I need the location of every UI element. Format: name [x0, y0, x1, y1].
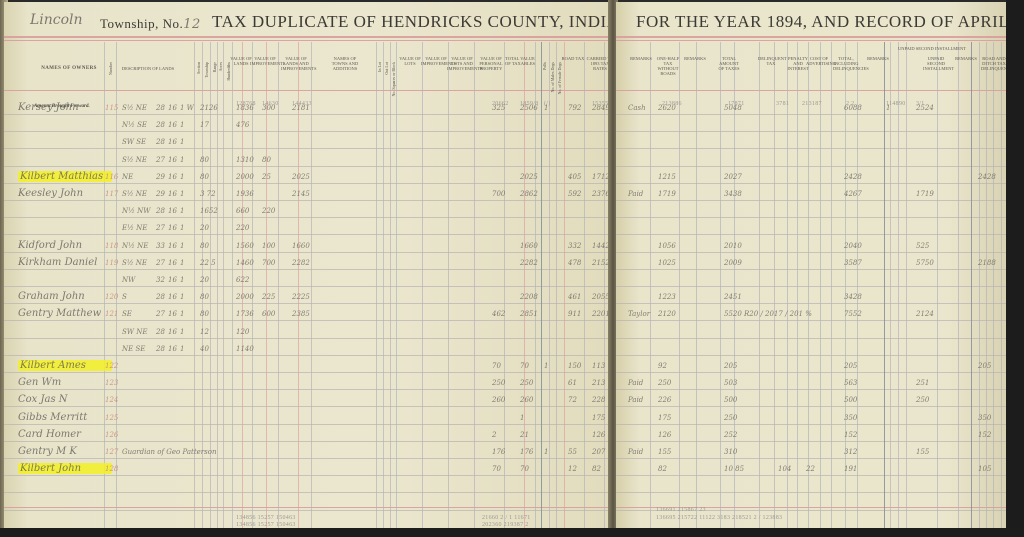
- total-taxables: 2208: [520, 293, 538, 301]
- column-rule: [890, 42, 891, 530]
- column-rule: [884, 42, 885, 530]
- township: 16: [168, 121, 177, 129]
- parcel-number: 115: [105, 104, 118, 112]
- column-rule: [252, 42, 253, 530]
- parcel-number: 127: [105, 448, 118, 456]
- column-header: Remarks: [628, 56, 654, 61]
- column-rule: [390, 42, 391, 530]
- personal-property: 250: [492, 379, 505, 387]
- column-rule: [474, 42, 475, 530]
- road-tax: 911: [568, 310, 581, 318]
- row-rule: [616, 234, 1006, 235]
- total-taxables: 70: [520, 465, 529, 473]
- one-half-tax: 250: [658, 379, 671, 387]
- land-description: S½ NE: [122, 156, 147, 164]
- parcel-number: 125: [105, 414, 118, 422]
- value-of-improvements: 225: [262, 293, 275, 301]
- column-rule: [524, 42, 525, 530]
- column-header: Unpaid Second Installment: [892, 46, 972, 51]
- column-header: Remarks: [953, 56, 979, 61]
- total-amount-of-taxes: 10 85: [724, 465, 744, 473]
- section: 28: [156, 293, 165, 301]
- section: 33: [156, 242, 165, 250]
- land-description: SE: [122, 310, 132, 318]
- column-rule: [937, 42, 938, 530]
- road-ditch-tax: 152: [978, 431, 991, 439]
- column-rule: [584, 42, 585, 530]
- ledger-book: Lincoln Township, No.12 TAX DUPLICATE OF…: [0, 0, 1024, 537]
- column-rule: [787, 42, 788, 530]
- range: 1: [180, 276, 184, 284]
- township: 16: [168, 190, 177, 198]
- section: 29: [156, 190, 165, 198]
- brought-forward-value: 114890: [886, 101, 906, 107]
- land-description: NE: [122, 173, 133, 181]
- unpaid-second-installment: 525: [916, 242, 929, 250]
- township: 16: [168, 242, 177, 250]
- column-header: Carried to 1893 Tax Rates: [585, 56, 610, 71]
- total-including-delinquencies: 205: [844, 362, 857, 370]
- land-description: S: [122, 293, 127, 301]
- row-rule: [4, 320, 610, 321]
- book-edge-bottom: [0, 528, 1024, 537]
- range: 1: [180, 293, 184, 301]
- unpaid-second-installment: 251: [916, 379, 929, 387]
- unpaid-second-installment: 155: [916, 448, 929, 456]
- vertical-column-header: Number: [108, 62, 113, 75]
- value-lands-and-improvements: 2145: [292, 190, 310, 198]
- owner-name: Gentry M K: [18, 446, 108, 457]
- column-rule: [556, 42, 557, 530]
- acres: 40: [200, 345, 209, 353]
- row-rule: [616, 458, 1006, 459]
- parcel-number: 122: [105, 362, 118, 370]
- total-taxables: 2025: [520, 173, 538, 181]
- brought-forward-value: 213187: [802, 101, 822, 107]
- acres: 17: [200, 121, 209, 129]
- row-rule: [4, 183, 610, 184]
- brought-forward-value: 2 2: [846, 101, 854, 107]
- range: 1: [180, 345, 184, 353]
- township-label: Township, No.12: [100, 16, 201, 32]
- vertical-column-header: Hundredths: [226, 62, 231, 81]
- total-amount-of-taxes: 310: [724, 448, 737, 456]
- row-rule: [616, 252, 1006, 253]
- value-of-improvements: 700: [262, 259, 275, 267]
- total-amount-of-taxes: 3438: [724, 190, 742, 198]
- header-rule: [616, 36, 1006, 38]
- column-header: One-half Tax without Roads: [655, 56, 681, 76]
- column-rule: [971, 42, 972, 530]
- one-half-tax: 92: [658, 362, 667, 370]
- column-rule: [278, 42, 279, 530]
- total-including-delinquencies: 2040: [844, 242, 862, 250]
- parcel-number: 124: [105, 396, 118, 404]
- road-tax: 12: [568, 465, 577, 473]
- section: 28: [156, 104, 165, 112]
- one-half-tax: 82: [658, 465, 667, 473]
- land-description: S½ NE: [122, 104, 147, 112]
- total-including-delinquencies: 2428: [844, 173, 862, 181]
- column-header: Value of Lands and Improvements: [281, 56, 311, 71]
- land-description: N½ SE: [122, 121, 147, 129]
- acres: 1652: [200, 207, 218, 215]
- column-rule: [266, 42, 267, 530]
- acres: 20: [200, 224, 209, 232]
- row-rule: [4, 475, 610, 476]
- value-lands-and-improvements: 2025: [292, 173, 310, 181]
- road-tax: 405: [568, 173, 581, 181]
- brought-forward-value: 3/1: [916, 101, 925, 107]
- column-rule: [422, 42, 423, 530]
- section: 27: [156, 224, 165, 232]
- total-including-delinquencies: 3428: [844, 293, 862, 301]
- road-ditch-tax: 350: [978, 414, 991, 422]
- column-rule: [774, 42, 775, 530]
- vertical-column-header: Polls: [542, 62, 547, 70]
- vertical-column-header: Township: [204, 62, 209, 78]
- book-edge-right: [1006, 0, 1024, 537]
- township: 16: [168, 156, 177, 164]
- range: 1 W: [180, 104, 194, 112]
- column-header: Value of Personal Property: [476, 56, 506, 71]
- township-name-handwritten: Lincoln: [30, 12, 83, 28]
- owner-name: Gentry Matthew: [18, 308, 108, 319]
- total-amount-of-taxes: 252: [724, 431, 737, 439]
- column-rule: [504, 42, 505, 530]
- road-ditch-tax: 2428: [978, 173, 996, 181]
- section: 28: [156, 207, 165, 215]
- column-rule: [986, 42, 987, 530]
- personal-property: 462: [492, 310, 505, 318]
- column-rule: [232, 42, 233, 530]
- brought-forward-value: 3781: [776, 101, 789, 107]
- unpaid-second-installment: 1719: [916, 190, 934, 198]
- land-description: SW NE: [122, 328, 147, 336]
- township: 16: [168, 276, 177, 284]
- column-rule: [541, 42, 542, 530]
- brought-forward-value: 20662: [492, 101, 509, 107]
- row-rule: [4, 148, 610, 149]
- row-rule: [616, 372, 1006, 373]
- value-of-lands: 220: [236, 224, 249, 232]
- parcel-number: 117: [105, 190, 118, 198]
- range: 1: [180, 328, 184, 336]
- owner-name: Kirkham Daniel: [18, 257, 108, 268]
- header-rule: [4, 36, 610, 38]
- total-including-delinquencies: 350: [844, 414, 857, 422]
- brought-forward-value: 128768: [236, 101, 256, 107]
- row-rule: [4, 510, 610, 511]
- one-half-tax: 155: [658, 448, 671, 456]
- row-rule: [4, 441, 610, 442]
- value-of-lands: 1460: [236, 259, 254, 267]
- one-half-tax: 1025: [658, 259, 676, 267]
- brought-forward-value: 213886: [662, 101, 682, 107]
- road-tax: 72: [568, 396, 577, 404]
- land-description: SW SE: [122, 138, 146, 146]
- land-description: E½ NE: [122, 224, 147, 232]
- acres: 12: [200, 328, 209, 336]
- row-rule: [616, 148, 1006, 149]
- value-of-lands: 1936: [236, 190, 254, 198]
- one-half-tax: 126: [658, 431, 671, 439]
- column-header-rule: [4, 90, 610, 91]
- owner-name: Gibbs Merritt: [18, 412, 108, 423]
- brought-forward-value: 1859/8: [520, 101, 538, 107]
- row-rule: [4, 458, 610, 459]
- column-header: Value of Lots and Improvements: [447, 56, 477, 71]
- total-taxables: 21: [520, 431, 529, 439]
- column-header: Total Value of Taxables: [505, 56, 535, 66]
- vertical-column-header: In Lot: [377, 62, 382, 72]
- row-rule: [616, 424, 1006, 425]
- total-including-delinquencies: 191: [844, 465, 857, 473]
- total-including-delinquencies: 500: [844, 396, 857, 404]
- row-rule: [4, 389, 610, 390]
- column-header: Road Tax: [558, 56, 588, 61]
- total-taxables: 250: [520, 379, 533, 387]
- value-lands-and-improvements: 2282: [292, 259, 310, 267]
- value-of-lands: 660: [236, 207, 249, 215]
- value-of-lands: 1560: [236, 242, 254, 250]
- column-rule: [202, 42, 203, 530]
- vertical-column-header: No. Squares or Block: [391, 62, 396, 96]
- footer-totals-mid: 21660 2 / 1 11671: [482, 515, 531, 521]
- value-lands-and-improvements: 2225: [292, 293, 310, 301]
- row-rule: [4, 303, 610, 304]
- brought-forward-value: 14630: [262, 101, 279, 107]
- row-rule: [616, 114, 1006, 115]
- range: 1: [180, 242, 184, 250]
- carried-tax: 213: [592, 379, 605, 387]
- total-including-delinquencies: 7552: [844, 310, 862, 318]
- one-half-tax: 1223: [658, 293, 676, 301]
- page-title-right: FOR THE YEAR 1894, AND RECORD OF APRIL A…: [636, 12, 1006, 32]
- vertical-column-header: No. of Female Dogs: [557, 62, 562, 94]
- column-rule: [223, 42, 224, 530]
- carried-tax: 207: [592, 448, 605, 456]
- footer-totals-right: 136691 215867 23: [656, 507, 706, 513]
- polls: 1: [544, 362, 548, 370]
- land-description: NE SE: [122, 345, 145, 353]
- carried-tax: 82: [592, 465, 601, 473]
- remark: Paid: [628, 190, 643, 198]
- acres: 22 5: [200, 259, 216, 267]
- brought-forward-value: 17871: [728, 101, 745, 107]
- brought-forward-value: 144433: [292, 101, 312, 107]
- row-rule: [616, 131, 1006, 132]
- road-ditch-tax: 205: [978, 362, 991, 370]
- column-rule: [993, 42, 994, 530]
- column-rule: [696, 42, 697, 530]
- owner-name: Card Homer: [18, 429, 108, 440]
- row-rule: [4, 406, 610, 407]
- column-rule: [116, 42, 117, 530]
- row-rule: [616, 183, 1006, 184]
- section: 28: [156, 345, 165, 353]
- owner-name: Graham John: [18, 291, 108, 302]
- township: 16: [168, 293, 177, 301]
- total-including-delinquencies: 312: [844, 448, 857, 456]
- total-taxables: 1660: [520, 242, 538, 250]
- personal-property: 70: [492, 362, 501, 370]
- remark: Taylor: [628, 310, 650, 318]
- delinquent-tax: 104: [778, 465, 791, 473]
- township: 16: [168, 310, 177, 318]
- column-rule: [448, 42, 449, 530]
- owner-name: Gen Wm: [18, 377, 108, 388]
- total-including-delinquencies: 3587: [844, 259, 862, 267]
- total-taxables: 2862: [520, 190, 538, 198]
- section: 27: [156, 156, 165, 164]
- section: 29: [156, 173, 165, 181]
- road-tax: 332: [568, 242, 581, 250]
- column-rule: [549, 42, 550, 530]
- total-taxables: 1: [520, 414, 524, 422]
- township: 16: [168, 138, 177, 146]
- column-rule: [311, 42, 312, 530]
- vertical-column-header: Section: [196, 62, 201, 74]
- personal-property: 2: [492, 431, 496, 439]
- value-of-lands: 2000: [236, 293, 254, 301]
- range: 1: [180, 207, 184, 215]
- row-rule: [4, 286, 610, 287]
- one-half-tax: 1215: [658, 173, 676, 181]
- value-of-improvements: 220: [262, 207, 275, 215]
- column-header: Delinquent Tax: [758, 56, 784, 66]
- column-rule: [298, 42, 299, 530]
- land-description: N½ NE: [122, 242, 148, 250]
- column-rule: [958, 42, 959, 530]
- row-rule: [616, 338, 1006, 339]
- owner-name-highlighted: Kilbert Matthias: [18, 171, 112, 182]
- brought-forward-value: (/): [544, 101, 551, 107]
- value-of-lands: 476: [236, 121, 249, 129]
- column-rule: [831, 42, 832, 530]
- total-amount-of-taxes: 2027: [724, 173, 742, 181]
- total-including-delinquencies: 152: [844, 431, 857, 439]
- carried-tax: 126: [592, 431, 605, 439]
- land-description: S½ NE: [122, 190, 147, 198]
- one-half-tax: 226: [658, 396, 671, 404]
- row-rule: [4, 252, 610, 253]
- section: 28: [156, 328, 165, 336]
- owner-name-highlighted: Kilbert Ames: [18, 360, 112, 371]
- owner-name: Cox Jas N: [18, 394, 108, 405]
- personal-property: 700: [492, 190, 505, 198]
- row-rule: [4, 131, 610, 132]
- vertical-column-header: Range: [212, 62, 217, 72]
- value-of-improvements: 80: [262, 156, 271, 164]
- column-rule: [820, 42, 821, 530]
- column-rule: [845, 42, 846, 530]
- value-of-improvements: 100: [262, 242, 275, 250]
- remark: Paid: [628, 448, 643, 456]
- road-tax: 55: [568, 448, 577, 456]
- column-rule: [194, 42, 195, 530]
- total-including-delinquencies: 563: [844, 379, 857, 387]
- acres: 80: [200, 293, 209, 301]
- acres: 20: [200, 276, 209, 284]
- road-tax: 478: [568, 259, 581, 267]
- total-amount-of-taxes: 2010: [724, 242, 742, 250]
- total-amount-of-taxes: 2451: [724, 293, 742, 301]
- row-rule: [616, 320, 1006, 321]
- row-rule: [4, 269, 610, 270]
- column-rule: [808, 42, 809, 530]
- range: 1: [180, 173, 184, 181]
- column-header: Road and Ditch Tax Delinquencies: [981, 56, 1006, 71]
- value-lands-and-improvements: 1660: [292, 242, 310, 250]
- column-rule: [650, 42, 651, 530]
- land-description: S½ NE: [122, 259, 147, 267]
- acres: 80: [200, 242, 209, 250]
- section: 32: [156, 276, 165, 284]
- column-header: Cost of Advertising: [806, 56, 832, 66]
- row-rule: [616, 166, 1006, 167]
- range: 1: [180, 121, 184, 129]
- total-taxables: 70: [520, 362, 529, 370]
- row-rule: [616, 492, 1006, 493]
- road-tax: 792: [568, 104, 581, 112]
- polls: 1: [544, 448, 548, 456]
- road-tax: 61: [568, 379, 577, 387]
- road-tax: 461: [568, 293, 581, 301]
- column-rule: [383, 42, 384, 530]
- personal-property: 70: [492, 465, 501, 473]
- parcel-number: 116: [105, 173, 118, 181]
- range: 1: [180, 190, 184, 198]
- parcel-number: 126: [105, 431, 118, 439]
- footer-totals-left: 134856 15257 150463: [236, 515, 296, 521]
- range: 1: [180, 259, 184, 267]
- column-rule: [720, 42, 721, 530]
- parcel-number: 120: [105, 293, 118, 301]
- column-rule: [396, 42, 397, 530]
- row-rule: [616, 355, 1006, 356]
- range: 1: [180, 224, 184, 232]
- page-title-left: TAX DUPLICATE OF HENDRICKS COUNTY, INDIA…: [212, 12, 610, 32]
- carried-tax: 113: [592, 362, 605, 370]
- row-rule: [4, 114, 610, 115]
- row-rule: [616, 389, 1006, 390]
- total-amount-of-taxes: 2009: [724, 259, 742, 267]
- road-tax: 592: [568, 190, 581, 198]
- row-rule: [616, 475, 1006, 476]
- township: 16: [168, 104, 177, 112]
- column-rule: [210, 42, 211, 530]
- value-of-improvements: 600: [262, 310, 275, 318]
- section: 27: [156, 310, 165, 318]
- column-header: Unpaid Second Installment: [923, 56, 949, 71]
- row-rule: [4, 355, 610, 356]
- township: 16: [168, 207, 177, 215]
- parcel-number: 119: [105, 259, 118, 267]
- column-header: Description of Lands: [118, 66, 178, 71]
- row-rule: [616, 269, 1006, 270]
- value-of-lands: 120: [236, 328, 249, 336]
- column-rule: [759, 42, 760, 530]
- township: 16: [168, 328, 177, 336]
- value-of-lands: 1140: [236, 345, 254, 353]
- vertical-column-header: Out Lot: [384, 62, 389, 75]
- column-header: Remarks: [682, 56, 708, 61]
- land-description: Guardian of Geo Patterson: [122, 448, 216, 456]
- ledger-page-right: FOR THE YEAR 1894, AND RECORD OF APRIL A…: [616, 2, 1006, 530]
- total-taxables: 2851: [520, 310, 538, 318]
- owner-name: Kersey John: [18, 102, 108, 113]
